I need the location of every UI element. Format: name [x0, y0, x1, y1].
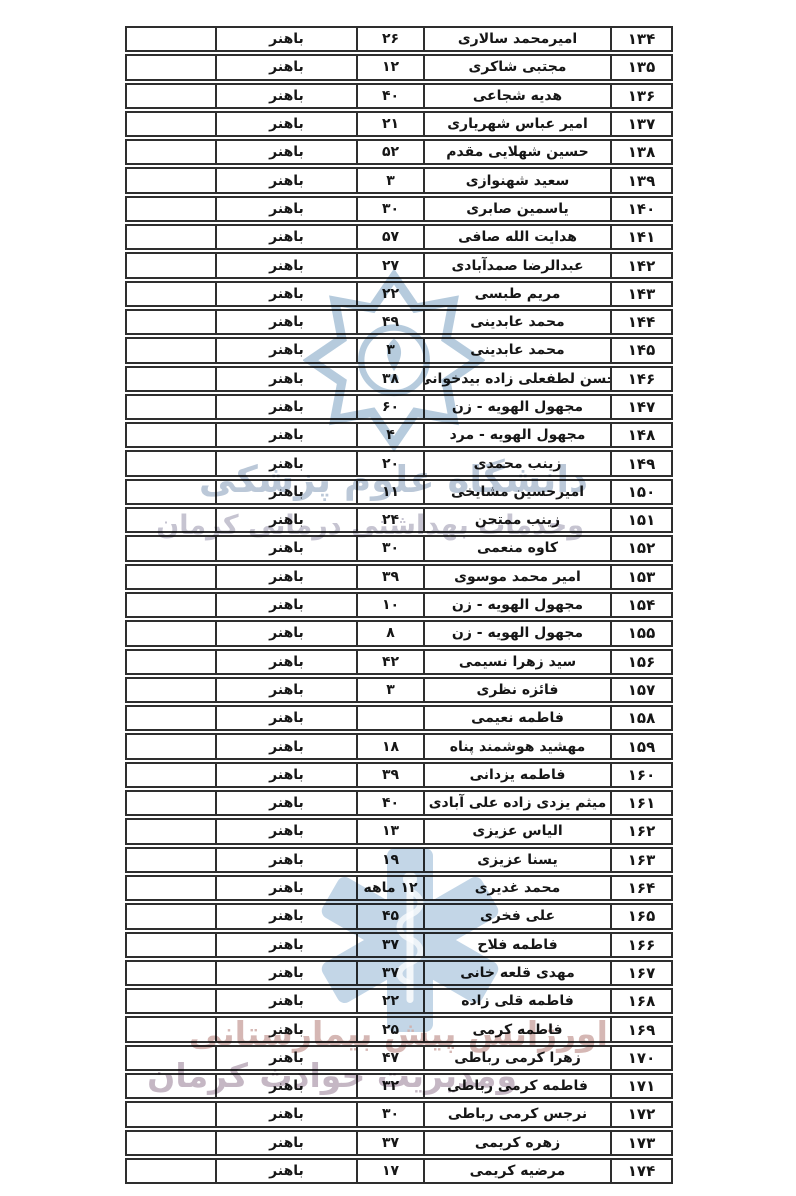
name-cell: نرجس کرمی رباطی [425, 1103, 612, 1125]
age-cell: ۴۰ [358, 85, 425, 107]
hospital-cell: باهنر [217, 1132, 358, 1154]
age-cell: ۸ [358, 622, 425, 644]
row-number-cell: ۱۳۶ [612, 85, 671, 107]
blank-cell [127, 1018, 217, 1040]
age-cell: ۱۲ [358, 56, 425, 78]
patient-row: باهنر ۳۰ نرجس کرمی رباطی ۱۷۲ [125, 1101, 673, 1127]
row-number-cell: ۱۴۶ [612, 368, 671, 390]
blank-cell [127, 679, 217, 701]
hospital-cell: باهنر [217, 537, 358, 559]
hospital-cell: باهنر [217, 1047, 358, 1069]
patient-row: باهنر ۱۲ ماهه محمد غدیری ۱۶۴ [125, 875, 673, 901]
row-number-cell: ۱۴۳ [612, 283, 671, 305]
blank-cell [127, 962, 217, 984]
row-number-cell: ۱۴۸ [612, 424, 671, 446]
name-cell: الیاس عزیزی [425, 820, 612, 842]
age-cell: ۳۰ [358, 1103, 425, 1125]
patient-row: باهنر ۱۸ مهشید هوشمند پناه ۱۵۹ [125, 733, 673, 759]
name-cell: فاطمه کرمی [425, 1018, 612, 1040]
blank-cell [127, 537, 217, 559]
patient-row: باهنر ۵۲ حسین شهلایی مقدم ۱۳۸ [125, 139, 673, 165]
patient-table: باهنر ۲۶ امیرمحمد سالاری ۱۳۴ باهنر ۱۲ مج… [125, 26, 673, 1186]
name-cell: مجهول الهویه - زن [425, 622, 612, 644]
blank-cell [127, 849, 217, 871]
row-number-cell: ۱۵۹ [612, 735, 671, 757]
blank-cell [127, 141, 217, 163]
name-cell: فاطمه یزدانی [425, 764, 612, 786]
name-cell: مهشید هوشمند پناه [425, 735, 612, 757]
row-number-cell: ۱۴۹ [612, 452, 671, 474]
row-number-cell: ۱۵۵ [612, 622, 671, 644]
age-cell: ۶۰ [358, 396, 425, 418]
age-cell: ۲۵ [358, 1018, 425, 1040]
hospital-cell: باهنر [217, 905, 358, 927]
hospital-cell: باهنر [217, 254, 358, 276]
row-number-cell: ۱۶۲ [612, 820, 671, 842]
blank-cell [127, 707, 217, 729]
name-cell: مجهول الهویه - مرد [425, 424, 612, 446]
blank-cell [127, 424, 217, 446]
age-cell: ۳۷ [358, 934, 425, 956]
blank-cell [127, 651, 217, 673]
blank-cell [127, 764, 217, 786]
hospital-cell: باهنر [217, 962, 358, 984]
row-number-cell: ۱۴۷ [612, 396, 671, 418]
hospital-cell: باهنر [217, 339, 358, 361]
row-number-cell: ۱۷۴ [612, 1160, 671, 1182]
hospital-cell: باهنر [217, 113, 358, 135]
name-cell: زینب ممتحن [425, 509, 612, 531]
blank-cell [127, 56, 217, 78]
hospital-cell: باهنر [217, 368, 358, 390]
hospital-cell: باهنر [217, 56, 358, 78]
row-number-cell: ۱۶۱ [612, 792, 671, 814]
age-cell: ۳ [358, 169, 425, 191]
hospital-cell: باهنر [217, 934, 358, 956]
patient-row: باهنر ۲۶ امیرمحمد سالاری ۱۳۴ [125, 26, 673, 52]
hospital-cell: باهنر [217, 226, 358, 248]
name-cell: امیر عباس شهریاری [425, 113, 612, 135]
hospital-cell: باهنر [217, 509, 358, 531]
patient-row: باهنر ۱۹ یسنا عزیزی ۱۶۳ [125, 847, 673, 873]
name-cell: هدیه شجاعی [425, 85, 612, 107]
name-cell: سید زهرا نسیمی [425, 651, 612, 673]
age-cell: ۲۱ [358, 113, 425, 135]
name-cell: یاسمین صابری [425, 198, 612, 220]
patient-row: باهنر ۳۷ زهره کریمی ۱۷۳ [125, 1130, 673, 1156]
patient-row: باهنر ۴۰ هدیه شجاعی ۱۳۶ [125, 83, 673, 109]
age-cell: ۴۹ [358, 311, 425, 333]
blank-cell [127, 226, 217, 248]
hospital-cell: باهنر [217, 283, 358, 305]
blank-cell [127, 1132, 217, 1154]
name-cell: حسن لطفعلی زاده بیدخوانی [425, 368, 612, 390]
hospital-cell: باهنر [217, 1075, 358, 1097]
age-cell: ۲۶ [358, 28, 425, 50]
age-cell: ۲۷ [358, 254, 425, 276]
row-number-cell: ۱۶۴ [612, 877, 671, 899]
age-cell: ۴۰ [358, 792, 425, 814]
row-number-cell: ۱۳۵ [612, 56, 671, 78]
patient-row: باهنر ۳ محمد عابدینی ۱۴۵ [125, 337, 673, 363]
age-cell: ۳۸ [358, 368, 425, 390]
age-cell: ۲۰ [358, 452, 425, 474]
age-cell: ۵۲ [358, 141, 425, 163]
name-cell: مجهول الهویه - زن [425, 594, 612, 616]
blank-cell [127, 509, 217, 531]
row-number-cell: ۱۴۵ [612, 339, 671, 361]
age-cell: ۳۷ [358, 962, 425, 984]
patient-row: باهنر ۲۲ فاطمه قلی زاده ۱۶۸ [125, 988, 673, 1014]
blank-cell [127, 820, 217, 842]
patient-row: باهنر ۴۵ علی فخری ۱۶۵ [125, 903, 673, 929]
age-cell: ۱۹ [358, 849, 425, 871]
row-number-cell: ۱۵۲ [612, 537, 671, 559]
blank-cell [127, 792, 217, 814]
name-cell: محمد عابدینی [425, 339, 612, 361]
name-cell: مجهول الهویه - زن [425, 396, 612, 418]
row-number-cell: ۱۴۰ [612, 198, 671, 220]
hospital-cell: باهنر [217, 169, 358, 191]
blank-cell [127, 622, 217, 644]
age-cell: ۳۹ [358, 566, 425, 588]
age-cell: ۳۰ [358, 198, 425, 220]
patient-row: باهنر ۳۰ یاسمین صابری ۱۴۰ [125, 196, 673, 222]
name-cell: هدایت الله صافی [425, 226, 612, 248]
blank-cell [127, 169, 217, 191]
name-cell: زهره کریمی [425, 1132, 612, 1154]
row-number-cell: ۱۴۴ [612, 311, 671, 333]
blank-cell [127, 1160, 217, 1182]
name-cell: فاطمه قلی زاده [425, 990, 612, 1012]
hospital-cell: باهنر [217, 764, 358, 786]
name-cell: فاطمه نعیمی [425, 707, 612, 729]
blank-cell [127, 368, 217, 390]
blank-cell [127, 1075, 217, 1097]
patient-row: باهنر ۳۲ فاطمه کرمی رباطی ۱۷۱ [125, 1073, 673, 1099]
hospital-cell: باهنر [217, 849, 358, 871]
row-number-cell: ۱۷۰ [612, 1047, 671, 1069]
row-number-cell: ۱۵۴ [612, 594, 671, 616]
name-cell: مهدی قلعه خانی [425, 962, 612, 984]
patient-row: باهنر ۴۲ سید زهرا نسیمی ۱۵۶ [125, 649, 673, 675]
name-cell: زینب محمدی [425, 452, 612, 474]
patient-row: باهنر ۱۱ امیرحسین مشایخی ۱۵۰ [125, 479, 673, 505]
blank-cell [127, 481, 217, 503]
age-cell: ۵۷ [358, 226, 425, 248]
name-cell: علی فخری [425, 905, 612, 927]
hospital-cell: باهنر [217, 792, 358, 814]
name-cell: کاوه منعمی [425, 537, 612, 559]
hospital-cell: باهنر [217, 622, 358, 644]
row-number-cell: ۱۴۲ [612, 254, 671, 276]
name-cell: یسنا عزیزی [425, 849, 612, 871]
age-cell: ۴۲ [358, 651, 425, 673]
name-cell: فائزه نظری [425, 679, 612, 701]
patient-row: باهنر ۳ فائزه نظری ۱۵۷ [125, 677, 673, 703]
scanned-roster-page: باهنر ۲۶ امیرمحمد سالاری ۱۳۴ باهنر ۱۲ مج… [0, 0, 796, 1196]
patient-row: باهنر ۲۰ زینب محمدی ۱۴۹ [125, 450, 673, 476]
blank-cell [127, 113, 217, 135]
name-cell: امیر محمد موسوی [425, 566, 612, 588]
blank-cell [127, 566, 217, 588]
patient-row: باهنر ۴۹ محمد عابدینی ۱۴۴ [125, 309, 673, 335]
patient-row: باهنر ۳۷ فاطمه فلاح ۱۶۶ [125, 932, 673, 958]
hospital-cell: باهنر [217, 311, 358, 333]
hospital-cell: باهنر [217, 1018, 358, 1040]
patient-row: باهنر ۲۲ مریم طبسی ۱۴۳ [125, 281, 673, 307]
hospital-cell: باهنر [217, 594, 358, 616]
row-number-cell: ۱۵۶ [612, 651, 671, 673]
name-cell: مرضیه کریمی [425, 1160, 612, 1182]
name-cell: مریم طبسی [425, 283, 612, 305]
blank-cell [127, 452, 217, 474]
hospital-cell: باهنر [217, 424, 358, 446]
hospital-cell: باهنر [217, 28, 358, 50]
patient-row: باهنر ۴۷ زهرا کرمی رباطی ۱۷۰ [125, 1045, 673, 1071]
name-cell: زهرا کرمی رباطی [425, 1047, 612, 1069]
age-cell: ۳۹ [358, 764, 425, 786]
hospital-cell: باهنر [217, 707, 358, 729]
patient-row: باهنر ۱۰ مجهول الهویه - زن ۱۵۴ [125, 592, 673, 618]
name-cell: امیرحسین مشایخی [425, 481, 612, 503]
patient-row: باهنر ۳ سعید شهنوازی ۱۳۹ [125, 167, 673, 193]
name-cell: محمد عابدینی [425, 311, 612, 333]
age-cell: ۳۷ [358, 1132, 425, 1154]
row-number-cell: ۱۷۳ [612, 1132, 671, 1154]
row-number-cell: ۱۶۹ [612, 1018, 671, 1040]
patient-row: باهنر ۲۴ زینب ممتحن ۱۵۱ [125, 507, 673, 533]
row-number-cell: ۱۵۱ [612, 509, 671, 531]
name-cell: سعید شهنوازی [425, 169, 612, 191]
row-number-cell: ۱۶۸ [612, 990, 671, 1012]
blank-cell [127, 339, 217, 361]
patient-row: باهنر ۱۳ الیاس عزیزی ۱۶۲ [125, 818, 673, 844]
patient-row: باهنر ۱۲ مجتبی شاکری ۱۳۵ [125, 54, 673, 80]
blank-cell [127, 254, 217, 276]
blank-cell [127, 934, 217, 956]
row-number-cell: ۱۶۳ [612, 849, 671, 871]
patient-row: باهنر ۲۵ فاطمه کرمی ۱۶۹ [125, 1016, 673, 1042]
blank-cell [127, 283, 217, 305]
age-cell: ۳۰ [358, 537, 425, 559]
patient-row: باهنر ۵۷ هدایت الله صافی ۱۴۱ [125, 224, 673, 250]
name-cell: فاطمه کرمی رباطی [425, 1075, 612, 1097]
age-cell: ۲۲ [358, 283, 425, 305]
row-number-cell: ۱۶۵ [612, 905, 671, 927]
patient-row: باهنر ۲۷ عبدالرضا صمدآبادی ۱۴۲ [125, 252, 673, 278]
age-cell: ۴ [358, 424, 425, 446]
patient-row: باهنر ۳۰ کاوه منعمی ۱۵۲ [125, 535, 673, 561]
blank-cell [127, 1047, 217, 1069]
name-cell: محمد غدیری [425, 877, 612, 899]
patient-row: باهنر ۳۸ حسن لطفعلی زاده بیدخوانی ۱۴۶ [125, 366, 673, 392]
patient-row: باهنر ۲۱ امیر عباس شهریاری ۱۳۷ [125, 111, 673, 137]
row-number-cell: ۱۶۷ [612, 962, 671, 984]
blank-cell [127, 990, 217, 1012]
row-number-cell: ۱۳۸ [612, 141, 671, 163]
age-cell: ۳ [358, 679, 425, 701]
patient-row: باهنر ۱۷ مرضیه کریمی ۱۷۴ [125, 1158, 673, 1184]
blank-cell [127, 198, 217, 220]
patient-row: باهنر ۸ مجهول الهویه - زن ۱۵۵ [125, 620, 673, 646]
age-cell: ۴۵ [358, 905, 425, 927]
hospital-cell: باهنر [217, 1103, 358, 1125]
blank-cell [127, 905, 217, 927]
age-cell: ۴۷ [358, 1047, 425, 1069]
blank-cell [127, 28, 217, 50]
blank-cell [127, 85, 217, 107]
age-cell: ۱۳ [358, 820, 425, 842]
hospital-cell: باهنر [217, 651, 358, 673]
hospital-cell: باهنر [217, 820, 358, 842]
row-number-cell: ۱۴۱ [612, 226, 671, 248]
row-number-cell: ۱۵۰ [612, 481, 671, 503]
age-cell: ۱۱ [358, 481, 425, 503]
hospital-cell: باهنر [217, 141, 358, 163]
hospital-cell: باهنر [217, 85, 358, 107]
row-number-cell: ۱۳۴ [612, 28, 671, 50]
patient-row: باهنر فاطمه نعیمی ۱۵۸ [125, 705, 673, 731]
row-number-cell: ۱۳۷ [612, 113, 671, 135]
name-cell: میثم یزدی زاده علی آبادی [425, 792, 612, 814]
age-cell: ۱۸ [358, 735, 425, 757]
age-cell [358, 707, 425, 729]
hospital-cell: باهنر [217, 679, 358, 701]
row-number-cell: ۱۵۳ [612, 566, 671, 588]
row-number-cell: ۱۶۰ [612, 764, 671, 786]
hospital-cell: باهنر [217, 566, 358, 588]
patient-row: باهنر ۳۷ مهدی قلعه خانی ۱۶۷ [125, 960, 673, 986]
hospital-cell: باهنر [217, 735, 358, 757]
patient-row: باهنر ۴ مجهول الهویه - مرد ۱۴۸ [125, 422, 673, 448]
row-number-cell: ۱۳۹ [612, 169, 671, 191]
row-number-cell: ۱۶۶ [612, 934, 671, 956]
blank-cell [127, 1103, 217, 1125]
hospital-cell: باهنر [217, 877, 358, 899]
age-cell: ۲۲ [358, 990, 425, 1012]
blank-cell [127, 594, 217, 616]
hospital-cell: باهنر [217, 1160, 358, 1182]
patient-row: باهنر ۳۹ فاطمه یزدانی ۱۶۰ [125, 762, 673, 788]
hospital-cell: باهنر [217, 396, 358, 418]
age-cell: ۱۷ [358, 1160, 425, 1182]
row-number-cell: ۱۵۷ [612, 679, 671, 701]
blank-cell [127, 396, 217, 418]
patient-row: باهنر ۴۰ میثم یزدی زاده علی آبادی ۱۶۱ [125, 790, 673, 816]
age-cell: ۲۴ [358, 509, 425, 531]
row-number-cell: ۱۷۱ [612, 1075, 671, 1097]
row-number-cell: ۱۷۲ [612, 1103, 671, 1125]
hospital-cell: باهنر [217, 990, 358, 1012]
hospital-cell: باهنر [217, 452, 358, 474]
blank-cell [127, 311, 217, 333]
age-cell: ۱۲ ماهه [358, 877, 425, 899]
blank-cell [127, 877, 217, 899]
patient-row: باهنر ۶۰ مجهول الهویه - زن ۱۴۷ [125, 394, 673, 420]
hospital-cell: باهنر [217, 481, 358, 503]
name-cell: امیرمحمد سالاری [425, 28, 612, 50]
patient-row: باهنر ۳۹ امیر محمد موسوی ۱۵۳ [125, 564, 673, 590]
name-cell: حسین شهلایی مقدم [425, 141, 612, 163]
age-cell: ۱۰ [358, 594, 425, 616]
age-cell: ۳ [358, 339, 425, 361]
name-cell: عبدالرضا صمدآبادی [425, 254, 612, 276]
name-cell: مجتبی شاکری [425, 56, 612, 78]
age-cell: ۳۲ [358, 1075, 425, 1097]
row-number-cell: ۱۵۸ [612, 707, 671, 729]
blank-cell [127, 735, 217, 757]
hospital-cell: باهنر [217, 198, 358, 220]
name-cell: فاطمه فلاح [425, 934, 612, 956]
